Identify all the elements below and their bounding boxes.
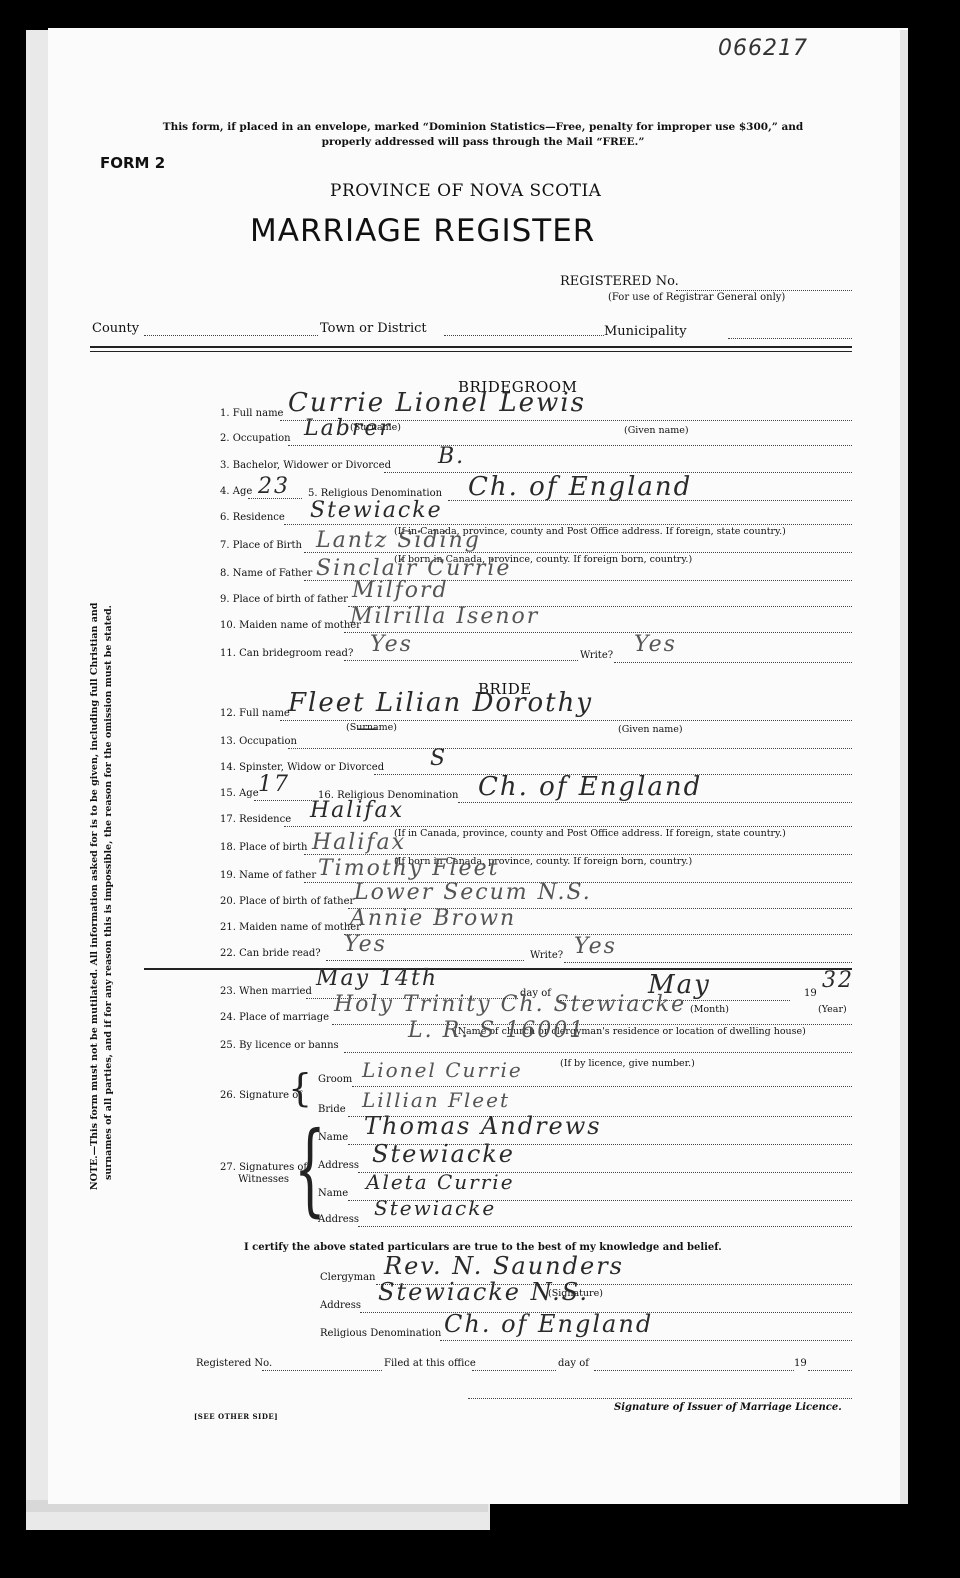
licence-label: 25. By licence or banns (220, 1040, 339, 1051)
groom-mother-label: 10. Maiden name of mother (220, 620, 361, 631)
when-married-label: 23. When married (220, 986, 312, 997)
clergyman-address-value[interactable]: Stewiacke N.S. (378, 1278, 589, 1306)
footer-registered-no-label: Registered No. (196, 1358, 272, 1369)
witness2-name-label: Name (318, 1188, 348, 1199)
postal-notice-line1: This form, if placed in an envelope, mar… (148, 120, 818, 135)
see-other-side: [SEE OTHER SIDE] (194, 1412, 278, 1421)
postal-notice-line2: properly addressed will pass through the… (148, 135, 818, 150)
postal-notice: This form, if placed in an envelope, mar… (148, 120, 818, 150)
groom-age-value[interactable]: 23 (258, 474, 290, 499)
bride-residence-value[interactable]: Halifax (310, 798, 404, 823)
witness1-name-label: Name (318, 1132, 348, 1143)
groom-birthplace-value[interactable]: Lantz Siding (316, 528, 481, 553)
page-edge (900, 30, 908, 1504)
side-note-line2: surnames of all parties, and if for any … (102, 570, 116, 1190)
issuer-signature-label: Signature of Issuer of Marriage Licence. (614, 1402, 842, 1413)
witness2-address-line (358, 1226, 852, 1227)
witness1-name-value[interactable]: Thomas Andrews (364, 1112, 602, 1140)
bride-age-value[interactable]: 17 (258, 772, 290, 797)
filed-label: Filed at this office (384, 1358, 476, 1369)
bride-write-label: Write? (530, 950, 563, 961)
bride-age-label: 15. Age (220, 788, 259, 799)
header-rule-bottom (90, 351, 852, 352)
bride-mother-label: 21. Maiden name of mother (220, 922, 361, 933)
bride-given-hint: (Given name) (618, 724, 683, 735)
groom-signature-line (352, 1086, 852, 1087)
groom-father-birthplace-label: 9. Place of birth of father (220, 594, 348, 605)
clergyman-religion-value[interactable]: Ch. of England (444, 1310, 653, 1338)
groom-mother-value[interactable]: Milrilla Isenor (350, 604, 539, 629)
bride-section-rule (144, 968, 852, 970)
footer-year-prefix: 19 (794, 1358, 807, 1369)
bride-residence-hint: (If in Canada, province, county and Post… (394, 828, 786, 839)
bride-occupation-value[interactable]: — (356, 716, 380, 741)
licence-value[interactable]: L. R. S 16001 (408, 1018, 585, 1043)
month-hint: (Month) (690, 1004, 729, 1015)
groom-residence-line (284, 524, 852, 525)
groom-residence-label: 6. Residence (220, 512, 285, 523)
clergyman-religion-line (440, 1340, 852, 1341)
marriage-register-form: 066217 This form, if placed in an envelo… (48, 28, 908, 1504)
year-hint: (Year) (818, 1004, 847, 1015)
bride-father-birthplace-label: 20. Place of birth of father (220, 896, 354, 907)
licence-line (344, 1052, 852, 1053)
witness2-address-label: Address (318, 1214, 359, 1225)
groom-residence-value[interactable]: Stewiacke (310, 498, 443, 523)
bride-occupation-line (288, 748, 852, 749)
form-number: FORM 2 (100, 154, 165, 172)
town-field[interactable] (444, 335, 604, 336)
groom-father-label: 8. Name of Father (220, 568, 312, 579)
groom-full-name-label: 1. Full name (220, 408, 283, 419)
bride-write-value[interactable]: Yes (574, 934, 617, 959)
when-married-year-value[interactable]: 32 (822, 968, 854, 993)
clergyman-label: Clergyman (320, 1272, 375, 1283)
footer-registered-no-field[interactable] (262, 1370, 382, 1371)
footer-day-field[interactable] (594, 1370, 794, 1371)
bride-read-line (326, 960, 524, 961)
groom-write-line (614, 662, 852, 663)
groom-given-hint: (Given name) (624, 425, 689, 436)
groom-status-label: 3. Bachelor, Widower or Divorced (220, 460, 391, 471)
footer-day-of-label: day of (558, 1358, 589, 1369)
bride-status-value[interactable]: S (430, 746, 447, 771)
groom-write-label: Write? (580, 650, 613, 661)
county-label: County (92, 321, 139, 336)
clergyman-religion-label: Religious Denomination (320, 1328, 441, 1339)
side-note: NOTE.—This form must not be mutilated. A… (88, 570, 116, 1190)
licence-hint: (If by licence, give number.) (560, 1058, 695, 1069)
bride-father-birthplace-value[interactable]: Lower Secum N.S. (354, 880, 592, 905)
groom-occupation-value[interactable]: Labrer (304, 416, 392, 441)
municipality-label: Municipality (604, 324, 687, 339)
header-rule-top (90, 346, 852, 348)
groom-write-value[interactable]: Yes (634, 632, 677, 657)
groom-age-label: 4. Age (220, 486, 252, 497)
county-field[interactable] (144, 335, 318, 336)
bride-residence-line (284, 826, 852, 827)
groom-status-value[interactable]: B. (438, 444, 465, 469)
place-of-marriage-label: 24. Place of marriage (220, 1012, 329, 1023)
bride-read-value[interactable]: Yes (344, 932, 387, 957)
groom-read-label: 11. Can bridegroom read? (220, 648, 353, 659)
bride-age-line (254, 800, 312, 801)
when-married-day-value[interactable]: May 14th (316, 966, 438, 991)
bride-birthplace-value[interactable]: Halifax (312, 830, 406, 855)
groom-religion-value[interactable]: Ch. of England (468, 472, 692, 502)
groom-mother-line (344, 632, 852, 633)
groom-signature-value[interactable]: Lionel Currie (362, 1058, 523, 1082)
registrar-note: (For use of Registrar General only) (608, 292, 785, 303)
groom-read-line (344, 660, 578, 661)
groom-signature-label: Groom (318, 1074, 352, 1085)
groom-birthplace-label: 7. Place of Birth (220, 540, 302, 551)
groom-father-birthplace-value[interactable]: Milford (352, 578, 449, 603)
footer-year-field[interactable] (808, 1370, 852, 1371)
registered-no-label: REGISTERED No. (560, 274, 679, 289)
province-heading: PROVINCE OF NOVA SCOTIA (330, 181, 601, 201)
witness2-address-value[interactable]: Stewiacke (374, 1196, 496, 1220)
bride-occupation-label: 13. Occupation (220, 736, 297, 747)
page-title: MARRIAGE REGISTER (250, 213, 595, 249)
registered-no-field[interactable] (676, 290, 852, 291)
bride-father-label: 19. Name of father (220, 870, 316, 881)
filed-field[interactable] (472, 1370, 556, 1371)
clergyman-signature-value[interactable]: Rev. N. Saunders (384, 1252, 624, 1280)
year-prefix: 19 (804, 988, 817, 999)
groom-read-value[interactable]: Yes (370, 632, 413, 657)
bride-religion-line (458, 802, 852, 803)
witness1-address-label: Address (318, 1160, 359, 1171)
bride-full-name-value[interactable]: Fleet Lilian Dorothy (288, 688, 593, 718)
issuer-signature-line[interactable] (468, 1398, 852, 1399)
bride-father-value[interactable]: Timothy Fleet (318, 856, 499, 881)
bride-signature-value[interactable]: Lillian Fleet (362, 1088, 510, 1112)
place-of-marriage-value[interactable]: Holy Trinity Ch. Stewiacke (334, 992, 686, 1017)
municipality-field[interactable] (728, 338, 852, 339)
bride-read-label: 22. Can bride read? (220, 948, 321, 959)
clergyman-address-label: Address (320, 1300, 361, 1311)
bride-write-line (564, 962, 852, 963)
witness1-address-value[interactable]: Stewiacke (372, 1140, 515, 1168)
bride-status-label: 14. Spinster, Widow or Divorced (220, 762, 384, 773)
side-note-line1: NOTE.—This form must not be mutilated. A… (88, 570, 102, 1190)
serial-number: 066217 (718, 36, 808, 61)
witness2-name-value[interactable]: Aleta Currie (366, 1170, 515, 1194)
groom-occupation-line (288, 445, 852, 446)
bride-residence-label: 17. Residence (220, 814, 291, 825)
bride-mother-value[interactable]: Annie Brown (350, 906, 516, 931)
town-label: Town or District (320, 321, 427, 336)
signature-brace: { (288, 1066, 312, 1110)
bride-birthplace-label: 18. Place of birth (220, 842, 307, 853)
bride-full-name-label: 12. Full name (220, 708, 290, 719)
groom-full-name-value[interactable]: Currie Lionel Lewis (288, 388, 586, 418)
groom-occupation-label: 2. Occupation (220, 433, 291, 444)
bride-religion-value[interactable]: Ch. of England (478, 772, 702, 802)
